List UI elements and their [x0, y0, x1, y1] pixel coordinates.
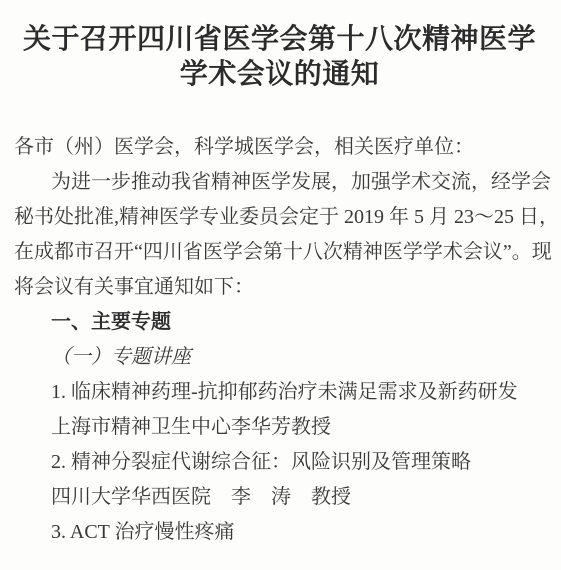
document-line: 为进一步推动我省精神医学发展，加强学术交流，经学会 — [14, 165, 545, 200]
document-line: 四川大学华西医院 李 涛 教授 — [14, 480, 545, 515]
subsection-heading: （一）专题讲座 — [14, 340, 545, 375]
notice-document: 关于召开四川省医学会第十八次精神医学 学术会议的通知 各市（州）医学会，科学城医… — [0, 0, 561, 570]
document-line: 1. 临床精神药理-抗抑郁药治疗未满足需求及新药研发 — [14, 375, 545, 410]
document-line: 上海市精神卫生中心李华芳教授 — [14, 410, 545, 445]
section-heading: 一、主要专题 — [14, 305, 545, 340]
document-line: 3. ACT 治疗慢性疼痛 — [14, 515, 545, 550]
notice-title-line2: 学术会议的通知 — [14, 56, 545, 91]
document-line: 秘书处批准,精神医学专业委员会定于 2019 年 5 月 23～25 日， — [14, 200, 545, 235]
document-line: 将会议有关事宜通知如下： — [14, 270, 545, 305]
document-line: 各市（州）医学会，科学城医学会，相关医疗单位： — [14, 130, 545, 165]
page-title: 关于召开四川省医学会第十八次精神医学 学术会议的通知 — [14, 21, 545, 91]
document-line: 2. 精神分裂症代谢综合征：风险识别及管理策略 — [14, 445, 545, 480]
notice-title-line1: 关于召开四川省医学会第十八次精神医学 — [14, 21, 545, 56]
notice-body: 各市（州）医学会，科学城医学会，相关医疗单位：为进一步推动我省精神医学发展，加强… — [14, 130, 545, 550]
document-line: 在成都市召开“四川省医学会第十八次精神医学学术会议”。现 — [14, 235, 545, 270]
